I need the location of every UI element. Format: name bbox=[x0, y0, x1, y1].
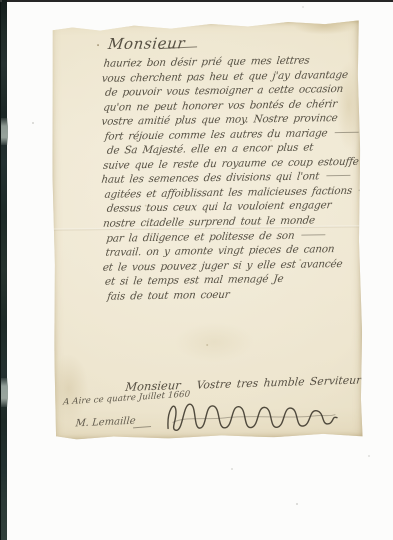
salutation: Monsieur bbox=[107, 34, 186, 53]
film-strip-light-patch bbox=[1, 378, 8, 407]
docket-flourish bbox=[133, 426, 151, 428]
docket-note: M. Lemaille bbox=[75, 416, 136, 430]
paper-stain bbox=[174, 322, 254, 363]
manuscript-paper: Monsieur hauriez bon désir prié que mes … bbox=[51, 20, 363, 439]
letter-body: hauriez bon désir prié que mes lettres v… bbox=[101, 53, 361, 304]
closing-valediction: Vostre tres humble Serviteur bbox=[196, 373, 362, 391]
film-strip-edge bbox=[0, 0, 7, 540]
film-strip-light-patch bbox=[1, 118, 8, 145]
foxing-specks bbox=[51, 24, 53, 26]
letter-line: fais de tout mon coeur bbox=[106, 285, 362, 304]
signature-flourish bbox=[165, 395, 341, 437]
manuscript-photo: Monsieur hauriez bon désir prié que mes … bbox=[0, 0, 393, 540]
paper-stain bbox=[293, 16, 357, 35]
scan-frame-top-edge bbox=[6, 0, 393, 2]
dust-specks bbox=[0, 0, 2, 2]
paper-stain bbox=[48, 353, 89, 423]
